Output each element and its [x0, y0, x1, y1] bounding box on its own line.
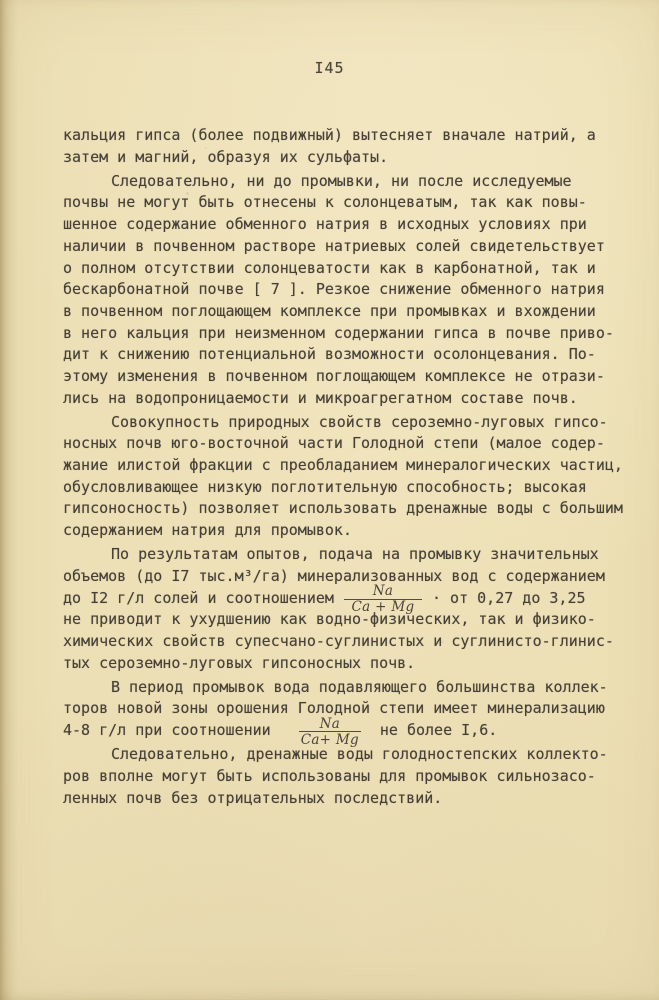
- text-line: лись на водопроницаемости и микроагрегат…: [63, 388, 633, 410]
- text-line: в него кальция при неизменном содержании…: [63, 323, 633, 345]
- text-segment: торов новой зоны орошения Голодной степи…: [63, 699, 605, 717]
- paragraph: В период промывок вода подавляющего боль…: [63, 677, 633, 742]
- text-segment: химических свойств супесчано-суглинистых…: [63, 632, 614, 650]
- paragraph: кальция гипса (более подвижный) вытесняе…: [63, 125, 633, 168]
- paragraph: Совокупность природных свойств сероземно…: [63, 412, 633, 542]
- document-body: кальция гипса (более подвижный) вытесняе…: [63, 125, 633, 809]
- text-segment: Следовательно, дренажные воды голодносте…: [111, 745, 608, 763]
- text-segment: в почвенном поглощающем комплексе при пр…: [63, 302, 596, 320]
- page-number: I45: [0, 58, 659, 79]
- fraction-formula: NaCa + Mg: [343, 589, 423, 603]
- text-segment: носных почв юго-восточной части Голодной…: [63, 434, 605, 452]
- text-line: ленных почв без отрицательных последстви…: [63, 788, 633, 810]
- scanned-page: I45 кальция гипса (более подвижный) выте…: [0, 0, 659, 1000]
- paper-speck: [399, 621, 403, 624]
- paper-speck: [186, 192, 189, 195]
- text-line: Совокупность природных свойств сероземно…: [63, 412, 633, 434]
- text-segment: о полном отсутствии солонцеватости как в…: [63, 259, 596, 277]
- text-segment: в него кальция при неизменном содержании…: [63, 324, 614, 342]
- paper-speck: [441, 641, 444, 643]
- text-line: носных почв юго-восточной части Голодной…: [63, 433, 633, 455]
- paragraph: Следовательно, дренажные воды голодносте…: [63, 744, 633, 809]
- text-segment: наличии в почвенном растворе натриевых с…: [63, 237, 605, 255]
- text-line: этому изменения в почвенном поглощающем …: [63, 366, 633, 388]
- fraction-formula: NaCa+ Mg: [298, 721, 362, 735]
- text-line: почвы не могут быть отнесены к солонцева…: [63, 192, 633, 214]
- text-segment: почвы не могут быть отнесены к солонцева…: [63, 193, 587, 211]
- text-line: дит к снижению потенциальной возможности…: [63, 344, 633, 366]
- fraction-numerator: Na: [343, 585, 423, 599]
- text-segment: не более I,6.: [362, 721, 497, 739]
- text-line: химических свойств супесчано-суглинистых…: [63, 631, 633, 653]
- text-line: кальция гипса (более подвижный) вытесняе…: [63, 125, 633, 147]
- text-segment: лись на водопроницаемости и микроагрегат…: [63, 389, 578, 407]
- fraction-denominator: Ca+ Mg: [298, 734, 362, 748]
- text-line: По результатам опытов, подача на промывк…: [63, 544, 633, 566]
- text-line: в почвенном поглощающем комплексе при пр…: [63, 301, 633, 323]
- text-segment: объемов (до I7 тыс.м³/га) минерализованн…: [63, 567, 605, 585]
- text-line: Следовательно, ни до промывки, ни после …: [63, 171, 633, 193]
- text-segment: жание илистой фракции с преобладанием ми…: [63, 456, 623, 474]
- text-segment: не приводит к ухудшению как водно-физиче…: [63, 610, 596, 628]
- text-line: наличии в почвенном растворе натриевых с…: [63, 236, 633, 258]
- text-segment: кальция гипса (более подвижный) вытесняе…: [63, 126, 596, 144]
- paragraph: По результатам опытов, подача на промывк…: [63, 544, 633, 674]
- text-segment: обусловливающее низкую поглотительную сп…: [63, 478, 587, 496]
- text-segment: бескарбонатной почве [ 7 ]. Резкое сниже…: [63, 280, 605, 298]
- text-segment: · от 0,27 до 3,25: [423, 589, 586, 607]
- fraction-numerator: Na: [298, 718, 362, 732]
- text-segment: содержанием натрия для промывок.: [63, 521, 352, 539]
- text-line: затем и магний, образуя их сульфаты.: [63, 147, 633, 169]
- text-line: бескарбонатной почве [ 7 ]. Резкое сниже…: [63, 279, 633, 301]
- text-segment: В период промывок вода подавляющего боль…: [111, 678, 608, 696]
- text-segment: шенное содержание обменного натрия в исх…: [63, 215, 587, 233]
- text-line: обусловливающее низкую поглотительную сп…: [63, 477, 633, 499]
- text-segment: до I2 г/л солей и соотношением: [63, 589, 343, 607]
- text-line: содержанием натрия для промывок.: [63, 520, 633, 542]
- text-segment: Совокупность природных свойств сероземно…: [111, 413, 608, 431]
- text-segment: гипсоносность) позволяет использовать др…: [63, 499, 623, 517]
- text-segment: По результатам опытов, подача на промывк…: [111, 545, 599, 563]
- text-line: до I2 г/л солей и соотношением NaCa + Mg…: [63, 588, 633, 610]
- text-line: ров вполне могут быть использованы для п…: [63, 766, 633, 788]
- fraction-denominator: Ca + Mg: [343, 601, 423, 615]
- text-line: жание илистой фракции с преобладанием ми…: [63, 455, 633, 477]
- text-segment: ров вполне могут быть использованы для п…: [63, 767, 596, 785]
- text-segment: затем и магний, образуя их сульфаты.: [63, 148, 388, 166]
- text-segment: этому изменения в почвенном поглощающем …: [63, 367, 605, 385]
- text-line: В период промывок вода подавляющего боль…: [63, 677, 633, 699]
- paper-speck: [205, 147, 207, 149]
- text-line: тых сероземно-луговых гипсоносных почв.: [63, 653, 633, 675]
- text-segment: ленных почв без отрицательных последстви…: [63, 789, 442, 807]
- text-segment: 4-8 г/л при соотношении: [63, 721, 298, 739]
- text-segment: Следовательно, ни до промывки, ни после …: [111, 172, 572, 190]
- paragraph: Следовательно, ни до промывки, ни после …: [63, 171, 633, 410]
- text-line: шенное содержание обменного натрия в исх…: [63, 214, 633, 236]
- text-line: 4-8 г/л при соотношении NaCa+ Mg не боле…: [63, 720, 633, 742]
- text-segment: дит к снижению потенциальной возможности…: [63, 345, 596, 363]
- text-line: о полном отсутствии солонцеватости как в…: [63, 258, 633, 280]
- text-line: гипсоносность) позволяет использовать др…: [63, 498, 633, 520]
- text-segment: тых сероземно-луговых гипсоносных почв.: [63, 654, 415, 672]
